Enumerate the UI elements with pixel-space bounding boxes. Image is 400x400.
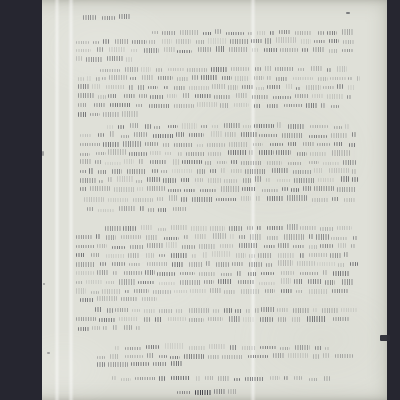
faded-word-blob — [228, 389, 237, 395]
faded-word-blob — [177, 391, 191, 394]
faded-word-blob — [195, 390, 211, 395]
ink-speck — [43, 283, 45, 285]
letter-text — [20, 0, 387, 400]
ink-speck — [346, 12, 350, 14]
signature-line — [20, 0, 387, 400]
letter-photo — [0, 0, 400, 400]
ink-speck — [42, 151, 44, 156]
ink-speck — [380, 335, 390, 341]
faded-word-blob — [214, 389, 226, 394]
letter-page — [20, 0, 387, 400]
illegible-text-line — [177, 388, 237, 395]
ink-speck — [47, 352, 50, 354]
